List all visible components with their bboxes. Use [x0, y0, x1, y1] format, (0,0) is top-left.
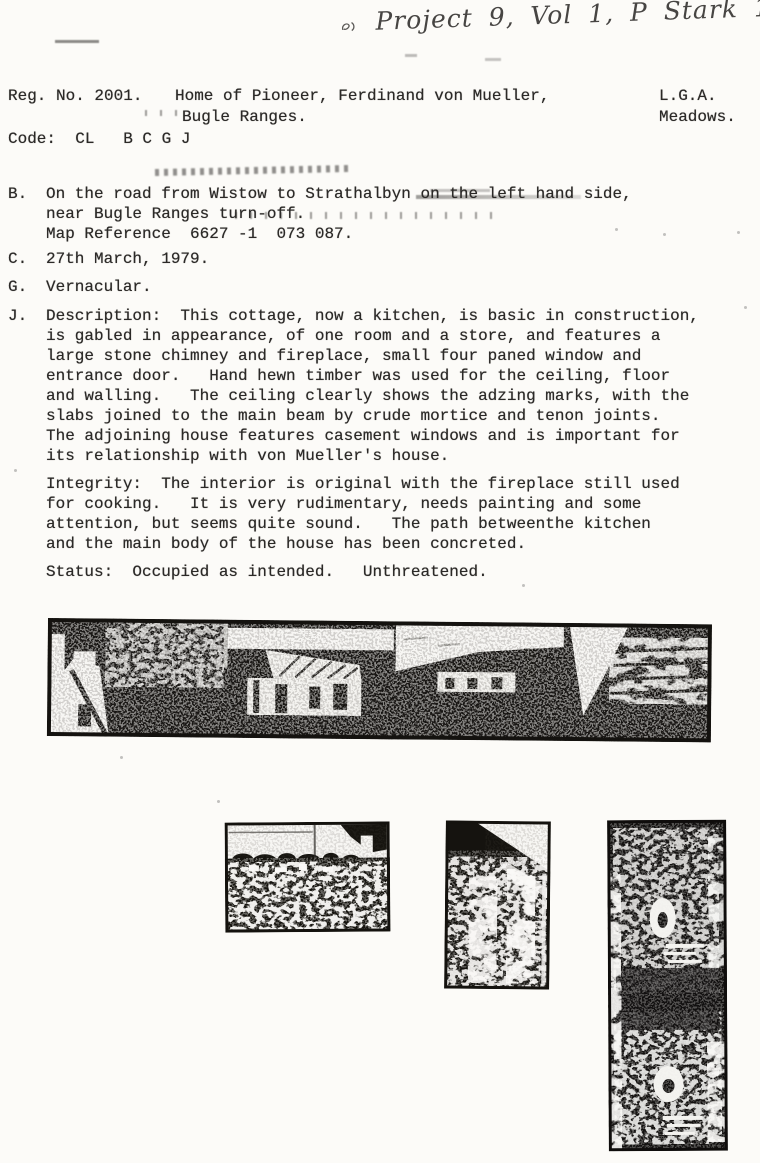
handwritten-annotation: Project 9, Vol 1, P Stark 1979 [339, 0, 755, 37]
handwritten-note-text: Project 9, Vol 1, P Stark 1979 [375, 0, 760, 36]
section-b-text: On the road from Wistow to Strathalbyn o… [46, 184, 632, 244]
registration-number: Reg. No. 2001. [8, 86, 142, 107]
scan-speck [737, 231, 740, 234]
scanned-document-page: Project 9, Vol 1, P Stark 1979 Reg. No. … [0, 0, 760, 1163]
status-paragraph: Status: Occupied as intended. Unthreaten… [46, 562, 699, 582]
photo-interior-tall [607, 820, 728, 1152]
section-letter: J. [8, 306, 46, 326]
scan-dash-mark [55, 40, 99, 43]
title-line-2: Bugle Ranges. [175, 107, 549, 128]
section-letter: B. [8, 184, 46, 204]
lga-value: Meadows. [659, 107, 736, 128]
scan-speck [217, 800, 220, 803]
scan-speck [120, 756, 123, 759]
scan-dash-mark [485, 58, 501, 61]
section-b-location: B. On the road from Wistow to Strathalby… [8, 184, 632, 244]
section-letter: G. [8, 277, 46, 297]
property-title: Home of Pioneer, Ferdinand von Mueller, … [175, 86, 549, 128]
section-j-body: Description: This cottage, now a kitchen… [46, 306, 699, 582]
ink-scribble-mark [339, 18, 358, 35]
section-g-text: Vernacular. [46, 277, 152, 297]
section-letter: C. [8, 249, 46, 269]
section-j-description: J. Description: This cottage, now a kitc… [8, 306, 699, 582]
section-c-text: 27th March, 1979. [46, 249, 209, 269]
scan-speck [522, 584, 525, 587]
lga-block: L.G.A. Meadows. [659, 86, 736, 128]
scan-speck [663, 233, 666, 236]
document-header: Reg. No. 2001. Home of Pioneer, Ferdinan… [8, 86, 752, 156]
section-c-date: C. 27th March, 1979. [8, 249, 209, 269]
scan-speck [744, 306, 747, 309]
integrity-paragraph: Integrity: The interior is original with… [46, 474, 699, 554]
code-line: Code: CL B C G J [8, 129, 190, 150]
photo-wall-detail [444, 820, 551, 989]
title-line-1: Home of Pioneer, Ferdinand von Mueller, [175, 86, 549, 107]
lga-label: L.G.A. [659, 86, 736, 107]
section-g-style: G. Vernacular. [8, 277, 152, 297]
scan-dash-mark [405, 54, 417, 57]
description-paragraph: Description: This cottage, now a kitchen… [46, 306, 699, 466]
scan-smudge [155, 165, 350, 176]
photo-distant-view [225, 821, 391, 932]
photo-strip-panorama [47, 618, 712, 742]
